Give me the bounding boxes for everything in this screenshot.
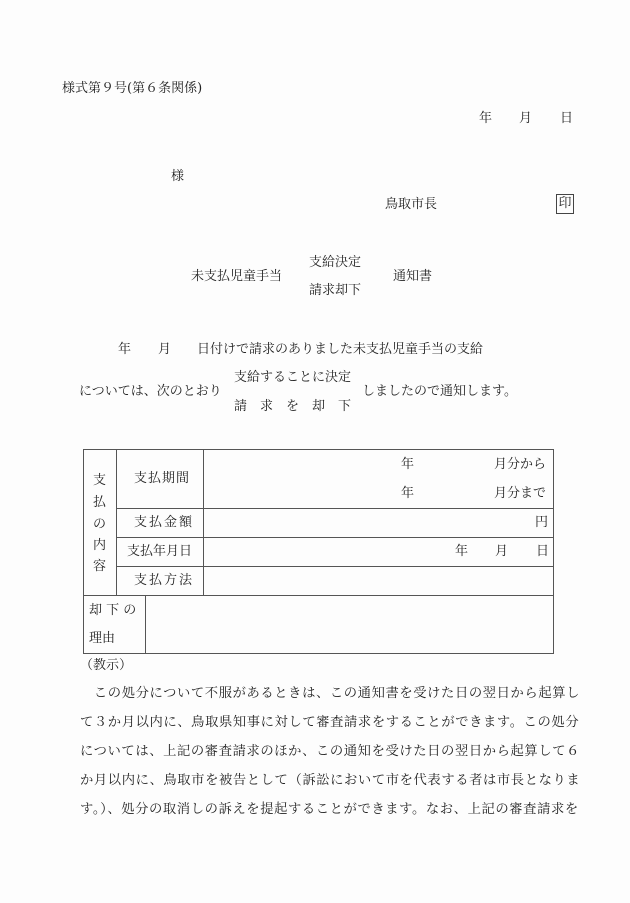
- group-label-char: の: [93, 518, 106, 531]
- body-option-approve: 支給することに決定: [234, 371, 351, 384]
- row-label-payment-method: 支払方法: [134, 574, 194, 587]
- payment-date-month: 月: [495, 545, 508, 558]
- table-row-divider: [116, 537, 554, 538]
- notice-line: この処分について不服があるときは、この通知書を受けた日の翌日から起算し: [80, 687, 560, 700]
- group-label-char: 内: [93, 539, 106, 552]
- amount-unit: 円: [535, 516, 548, 529]
- issuer-name: 鳥取市長: [385, 198, 437, 211]
- title-option-reject: 請求却下: [309, 284, 361, 297]
- notice-line: す。）、処分の取消しの訴えを提起することができます。なお、上記の審査請求を: [80, 803, 560, 816]
- date-day-label: 日: [560, 112, 573, 125]
- reason-label-line2: 理由: [89, 632, 115, 645]
- body-year: 年: [118, 343, 131, 356]
- table-divider-reason: [145, 595, 146, 653]
- table-border-bottom: [83, 653, 554, 654]
- seal-stamp: 印: [556, 194, 574, 214]
- body-option-reject: 請 求 を 却 下: [234, 400, 351, 413]
- notice-heading: （教示）: [80, 659, 132, 672]
- row-label-payment-amount: 支払金額: [134, 516, 194, 529]
- table-divider-label: [203, 449, 204, 595]
- form-number: 様式第９号(第６条関係): [62, 82, 202, 95]
- payment-date-year: 年: [455, 545, 468, 558]
- body-line2-suffix: しましたので通知します。: [362, 385, 517, 398]
- notice-line: については、上記の審査請求のほか、この通知を受けた日の翌日から起算して６: [80, 745, 560, 758]
- group-label-char: 容: [93, 560, 106, 573]
- table-border-right: [553, 449, 554, 654]
- body-month: 月: [158, 343, 171, 356]
- period-from-tail: 月分から: [494, 458, 546, 471]
- reason-label-line1: 却 下 の: [89, 604, 136, 617]
- table-divider-group: [116, 449, 117, 595]
- table-row-divider: [116, 508, 554, 509]
- title-option-approve: 支給決定: [309, 256, 361, 269]
- period-to-year: 年: [401, 487, 414, 500]
- title-suffix: 通知書: [393, 270, 432, 283]
- table-border-top: [83, 449, 554, 450]
- title-prefix: 未支払児童手当: [191, 270, 282, 283]
- group-label-char: 支: [93, 474, 106, 487]
- notice-line: か月以内に、鳥取市を被告として（訴訟において市を代表する者は市長となりま: [80, 774, 560, 787]
- payment-date-day: 日: [536, 545, 549, 558]
- period-from-year: 年: [401, 458, 414, 471]
- notice-line: て３か月以内に、鳥取県知事に対して審査請求をすることができます。この処分: [80, 716, 560, 729]
- group-label-char: 払: [93, 496, 106, 509]
- period-to-tail: 月分まで: [494, 487, 546, 500]
- table-border-left: [83, 449, 84, 654]
- table-row-divider: [83, 595, 554, 596]
- recipient-suffix: 様: [171, 170, 184, 183]
- date-year-label: 年: [479, 112, 492, 125]
- table-row-divider: [116, 566, 554, 567]
- body-line1: 日付けで請求のありました未支払児童手当の支給: [197, 343, 483, 356]
- row-label-payment-date: 支払年月日: [127, 545, 192, 558]
- body-line2-prefix: については、次のとおり: [79, 385, 222, 398]
- row-label-payment-period: 支払期間: [134, 472, 190, 485]
- date-month-label: 月: [519, 112, 532, 125]
